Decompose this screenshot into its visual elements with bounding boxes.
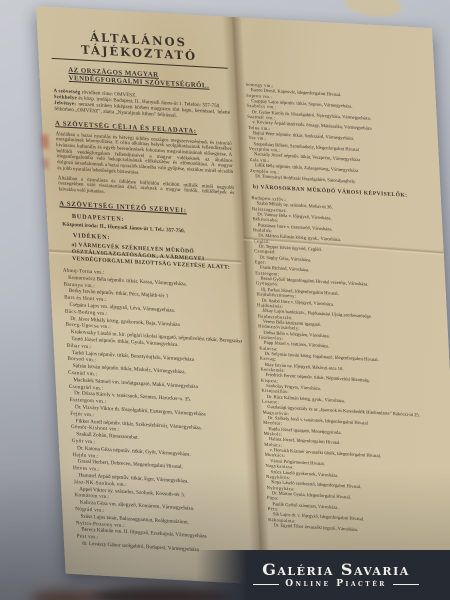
photo-background: ÁLTALÁNOS TÁJÉKOZTATÓ AZ ORSZÁGOS MAGYAR… [0, 0, 450, 600]
leaflet-right-page: Somogy vm.:Kazen Dezső, Kaposvár, Idegen… [245, 82, 442, 537]
bottom-blur-shape [30, 590, 100, 600]
watermark-subtitle: Online Piactér [285, 579, 387, 589]
watermark-title: Galéria Savaria [236, 561, 410, 578]
paper-edge-stain [43, 158, 49, 168]
watermark-rule-right [393, 584, 419, 585]
purpose-paragraph-1: Általában a hazai nyaralás és hétvégi üd… [56, 132, 234, 182]
paper-edge-stain [42, 134, 49, 148]
leaflet-paper: ÁLTALÁNOS TÁJÉKOZTATÓ AZ ORSZÁGOS MAGYAR… [36, 6, 450, 596]
page-subtitle: AZ ORSZÁGOS MAGYAR VENDÉGFORGALMI SZÖVET… [68, 67, 229, 93]
watermark-subtitle-row: Online Piactér [227, 579, 419, 589]
watermark-galeria-savaria: Galéria Savaria Online Piactér [196, 550, 450, 600]
watermark-rule-left [253, 584, 279, 585]
leaflet-left-page: ÁLTALÁNOS TÁJÉKOZTATÓ AZ ORSZÁGOS MAGYAR… [50, 29, 253, 557]
background-paper-fragment [343, 0, 404, 20]
county-directory-left: Abauj-Torna vm.:Komorowicz Béla népműv. … [63, 268, 254, 557]
county-directory-right: Somogy vm.:Kazen Dezső, Kaposvár, Idegen… [245, 82, 424, 188]
intro-block: A szövetség rövidített címe: OMVESZ.Szék… [53, 88, 230, 123]
page-title: ÁLTALÁNOS TÁJÉKOZTATÓ [50, 29, 228, 69]
